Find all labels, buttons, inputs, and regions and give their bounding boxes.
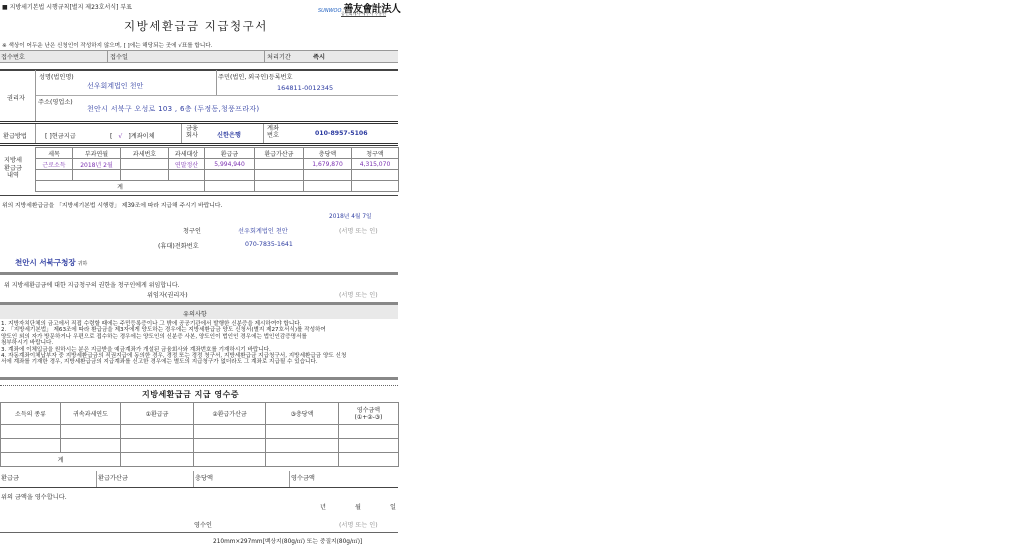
receipt-total-cell[interactable]: [194, 453, 266, 467]
address-label: 주소(영업소): [38, 97, 73, 106]
account-label-line1: 계좌: [267, 125, 279, 132]
tax-subject-cell[interactable]: 연말정산: [169, 159, 205, 170]
bank-label-line1: 금융: [186, 125, 198, 132]
receipt-month-label: 월: [355, 502, 361, 511]
account-label: 계좌 번호: [267, 125, 279, 139]
refund-details-table: 세목 부과연월 과세번호 과세대상 환급금 환급가산금 충당액 청구액 근로소득…: [35, 147, 399, 192]
column-header: 소득의 종류: [1, 403, 61, 425]
claim-amount-cell[interactable]: [352, 170, 399, 181]
refund-method-label: 환급방법: [3, 131, 27, 140]
total-row: 계: [36, 181, 399, 192]
summary-offset-label: 충당액: [195, 473, 213, 482]
request-date[interactable]: 2018년 4월 7일: [329, 211, 372, 220]
column-header: 충당액: [304, 148, 352, 159]
column-header: 과세대상: [169, 148, 205, 159]
receipt-cell[interactable]: [194, 439, 266, 453]
receipt-cell[interactable]: [1, 425, 61, 439]
assessment-month-cell[interactable]: [73, 170, 121, 181]
summary-interest-label: 환급가산금: [98, 473, 128, 482]
summary-refund-label: 환급금: [1, 473, 19, 482]
delegation-statement: 위 지방세환급금에 대한 지급청구의 권한을 청구인에게 위임합니다.: [4, 280, 180, 289]
receipt-total-cell[interactable]: [339, 453, 399, 467]
receipt-cell[interactable]: [121, 425, 194, 439]
summary-received-label: 영수금액: [291, 473, 315, 482]
logo-subtitle: 공인회계사·세무사 주홍선: [341, 11, 386, 17]
receipt-total-cell[interactable]: [121, 453, 194, 467]
column-header: ②환급가산금: [194, 403, 266, 425]
column-header: 영수금액 (①+②-③): [339, 403, 399, 425]
recipient-suffix: 귀하: [78, 261, 88, 267]
page-title: 지방세환급금 지급청구서: [124, 18, 268, 34]
check-icon: √: [118, 133, 122, 140]
name-value[interactable]: 선우회계법인 천안: [87, 81, 143, 91]
note-item: 서에 계좌를 기재한 경우, 지방세환급금의 지급계좌를 신고한 경우에는 별도…: [1, 359, 346, 365]
table-header-row: 세목 부과연월 과세번호 과세대상 환급금 환급가산금 충당액 청구액: [36, 148, 399, 159]
processing-period-value: 즉시: [313, 52, 325, 61]
receipt-year-label: 년: [320, 502, 326, 511]
bank-transfer-label: ]계좌이체: [128, 133, 154, 140]
processing-period-label: 처리기간: [267, 52, 291, 61]
claimant-section-label: 권리자: [7, 93, 25, 102]
receipt-statement: 위의 금액을 영수합니다.: [1, 492, 67, 501]
delegator-label: 위임자(권리자): [147, 290, 188, 299]
delegator-sign-label: (서명 또는 인): [339, 290, 378, 299]
receipt-cell[interactable]: [1, 439, 61, 453]
notes-list: 1. 지방자치단체의 금고에서 직접 수령할 때에는 주민등록증이나 그 밖에 …: [1, 321, 346, 366]
recipient-name: 천안시 서북구청장: [15, 258, 76, 267]
request-statement: 위의 지방세환급금을 「지방세기본법 시행령」 제39조에 따라 지급해 주시기…: [2, 200, 222, 209]
column-header: 환급가산금: [255, 148, 304, 159]
receipt-date-label: 접수일: [110, 52, 128, 61]
bracket-open: [: [110, 133, 112, 140]
refund-interest-cell[interactable]: [255, 159, 304, 170]
receiver-label: 영수인: [194, 520, 212, 529]
table-row: [1, 439, 399, 453]
registration-number-value[interactable]: 164811-0012345: [277, 84, 333, 92]
receipt-cell[interactable]: [61, 439, 121, 453]
column-header: 과세번호: [121, 148, 169, 159]
refund-amount-cell[interactable]: 5,994,940: [205, 159, 255, 170]
notes-title: 유의사항: [183, 309, 207, 318]
column-header: 부과연월: [73, 148, 121, 159]
received-amount-formula: (①+②-③): [339, 414, 398, 421]
receipt-cell[interactable]: [61, 425, 121, 439]
assessment-month-cell[interactable]: 2018년 2월: [73, 159, 121, 170]
note-item: 2. 「지방세기본법」 제63조에 따라 환급금을 제3자에게 양도하는 경우에…: [1, 327, 346, 333]
receipt-cell[interactable]: [339, 439, 399, 453]
receipt-total-label: 계: [1, 453, 121, 467]
account-number-value[interactable]: 010-8957-5106: [315, 130, 368, 137]
column-header: ③충당액: [266, 403, 339, 425]
name-label: 성명(법인명): [39, 72, 74, 81]
refund-details-label-3: 내역: [4, 172, 22, 180]
account-label-line2: 번호: [267, 132, 279, 139]
recipient: 천안시 서북구청장 귀하: [15, 257, 87, 268]
receipt-header-row: 소득의 종류 귀속과세연도 ①환급금 ②환급가산금 ③충당액 영수금액 (①+②…: [1, 403, 399, 425]
tax-number-cell[interactable]: [121, 170, 169, 181]
logo-mark: SUNWOO: [318, 8, 341, 14]
receipt-cell[interactable]: [194, 425, 266, 439]
receipt-cell[interactable]: [339, 425, 399, 439]
receipt-table: 소득의 종류 귀속과세연도 ①환급금 ②환급가산금 ③충당액 영수금액 (①+②…: [0, 402, 399, 467]
claim-amount-cell[interactable]: 4,315,070: [352, 159, 399, 170]
table-row: [36, 170, 399, 181]
tax-item-cell[interactable]: [36, 170, 73, 181]
column-header: 세목: [36, 148, 73, 159]
receipt-title: 지방세환급금 지급 영수증: [142, 389, 239, 400]
bank-transfer-option[interactable]: [ √ ]계좌이체: [110, 131, 155, 140]
total-cell[interactable]: [255, 181, 304, 192]
column-header: 환급금: [205, 148, 255, 159]
table-row: [1, 425, 399, 439]
form-reference: ■ 지방세기본법 시행규칙[별지 제23호서식] 부표: [2, 2, 132, 11]
registration-number-label: 주민(법인, 외국인)등록번호: [218, 72, 293, 81]
paper-spec: 210mm×297mm[백상지(80g/㎡) 또는 중질지(80g/㎡)]: [213, 536, 362, 545]
receipt-number-label: 접수번호: [1, 52, 25, 61]
bank-label: 금융 회사: [186, 125, 198, 139]
column-header: 청구액: [352, 148, 399, 159]
refund-details-label: 지방세 환급금 내역: [4, 157, 22, 180]
received-amount-header: 영수금액: [339, 407, 398, 414]
offset-amount-cell[interactable]: 1,679,870: [304, 159, 352, 170]
claimant-label: 청구인: [183, 226, 201, 235]
receipt-row: [0, 50, 398, 62]
instruction-text: ※ 색상이 어두운 난은 신청인이 작성하지 않으며, [ ]에는 해당되는 곳…: [2, 41, 212, 49]
tax-subject-cell[interactable]: [169, 170, 205, 181]
refund-details-label-1: 지방세: [4, 157, 22, 165]
address-value[interactable]: 천안시 서북구 오성로 103 , 6층 (두정동,청풍프라자): [87, 104, 259, 114]
total-cell[interactable]: [352, 181, 399, 192]
tax-number-cell[interactable]: [121, 159, 169, 170]
refund-claim-form: ■ 지방세기본법 시행규칙[별지 제23호서식] 부표 SUNWOO 善友會計法…: [0, 0, 398, 545]
phone-label: (휴대)전화번호: [158, 241, 199, 250]
receipt-cell[interactable]: [266, 425, 339, 439]
offset-amount-cell[interactable]: [304, 170, 352, 181]
refund-details-label-2: 환급금: [4, 165, 22, 173]
bank-label-line2: 회사: [186, 132, 198, 139]
receipt-total-cell[interactable]: [266, 453, 339, 467]
refund-amount-cell[interactable]: [205, 170, 255, 181]
cash-payment-option[interactable]: [ ]현금지급: [45, 131, 76, 140]
total-cell[interactable]: [205, 181, 255, 192]
bank-value[interactable]: 신한은행: [217, 130, 241, 139]
claimant-sign-label: (서명 또는 인): [339, 226, 378, 235]
refund-interest-cell[interactable]: [255, 170, 304, 181]
total-label: 계: [36, 181, 205, 192]
phone-value[interactable]: 070-7835-1641: [245, 241, 293, 248]
column-header: ①환급금: [121, 403, 194, 425]
receipt-cell[interactable]: [121, 439, 194, 453]
receipt-total-row: 계: [1, 453, 399, 467]
column-header: 귀속과세연도: [61, 403, 121, 425]
total-cell[interactable]: [304, 181, 352, 192]
claimant-value[interactable]: 선우회계법인 천안: [238, 226, 288, 235]
receipt-cell[interactable]: [266, 439, 339, 453]
receiver-sign-label: (서명 또는 인): [339, 520, 378, 529]
receipt-day-label: 일: [390, 502, 396, 511]
table-row: 근로소득 2018년 2월 연말정산 5,994,940 1,679,870 4…: [36, 159, 399, 170]
tax-item-cell[interactable]: 근로소득: [36, 159, 73, 170]
